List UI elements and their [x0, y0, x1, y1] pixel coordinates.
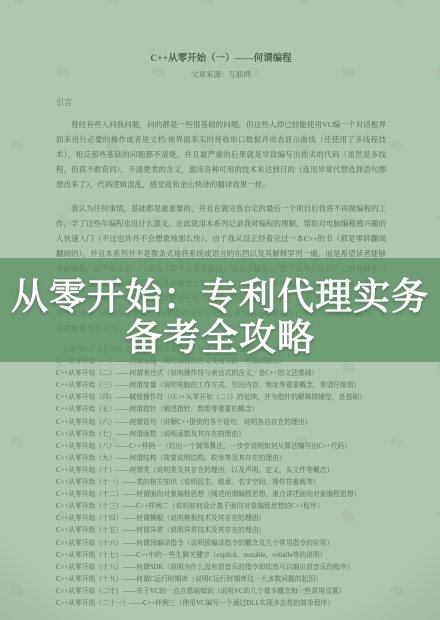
- list-item: C++从零开始（十八）——何谓SDK（说明为什么没有放音乐的指令却依然可以编出放…: [56, 562, 386, 574]
- list-item: C++从零开始（十四）——何谓模板（说明模板技术及其存在的理由）: [56, 513, 386, 525]
- watermark-stamp-icon: ✎: [288, 0, 314, 15]
- list-item: C++从零开始（十）——何谓类（说明类及其存在的理由，以及声明、定义、头文件等概…: [56, 465, 386, 477]
- list-item: C++从零开始（二十一）——C++样例三（使用VC编写一个通过DLL实现多态性的…: [56, 598, 386, 610]
- article-title: C++从零开始（一）——何谓编程: [56, 50, 386, 64]
- list-item: C++从零开始（十六）——何谓预编译指令（说明预编译指令的概念及几个常用指令的应…: [56, 538, 386, 550]
- watermark-stamp-icon: ✎: [3, 0, 29, 15]
- list-item: C++从零开始（十一）——类的相关知识（说明派生、继承、名字空间、操作符重载等）: [56, 477, 386, 489]
- watermark-stamp-icon: ✎: [3, 133, 29, 162]
- screenshot-root: ✎✎✎✎✎✎✎✎✎✎✎✎✎✎✎✎✎✎✎✎✎✎✎✎✎✎✎✎✎✎✎✎✎✎✎✎✎✎✎✎…: [0, 0, 440, 620]
- watermark-stamp-icon: ✎: [429, 503, 440, 532]
- list-item: C++从零开始（四）——赋值操作符（《C++从零开始（二）》的延续，并为指针的解…: [56, 392, 386, 404]
- paragraph: 曾经有些人问我问题，问的都是一些很基础的问题，但这些人却已经能使用VC编一个对话…: [56, 117, 386, 192]
- hero-title-line1: 从零开始：专利代理实务: [0, 276, 440, 317]
- list-item: C++从零开始（八）——C++样例一（给出一个简单算法，一步步说明如何从算法编写…: [56, 441, 386, 453]
- article-list: 下面列出了本系列各文章的标题和主要内容，以便于读者有选择性地阅读。 C++从零开…: [56, 344, 386, 610]
- list-item: C++从零开始（二十）——关于VC的一点点基础知识（说明VC的几个基本概念和一些…: [56, 586, 386, 598]
- watermark-stamp-icon: ✎: [383, 133, 409, 162]
- watermark-stamp-icon: ✎: [383, 577, 409, 606]
- list-item: C++从零开始（十七）——C++中的一些生僻关键字（explicit、mutab…: [56, 550, 386, 562]
- hero-title-line2: 备考全攻略: [0, 317, 440, 358]
- list-item: C++从零开始（二）——何谓表达式（说明操作符与表达式的含义，是C++的文法基础…: [56, 368, 386, 380]
- watermark-stamp-icon: ✎: [193, 0, 219, 15]
- list-item: C++从零开始（十二）——何谓面向对象编程思想（阐述何谓编程思想，重点讲述面向对…: [56, 489, 386, 501]
- watermark-stamp-icon: ✎: [98, 0, 124, 15]
- watermark-stamp-icon: ✎: [3, 429, 29, 458]
- watermark-stamp-icon: ✎: [383, 429, 409, 458]
- watermark-stamp-icon: ✎: [429, 207, 440, 236]
- list-item: C++从零开始（七）——何谓函数（说明函数及其存在的理由）: [56, 429, 386, 441]
- watermark-stamp-icon: ✎: [429, 59, 440, 88]
- watermark-stamp-icon: ✎: [3, 577, 29, 606]
- list-item: C++从零开始（十五）——何谓异常（说明异常技术及其存在的理由）: [56, 525, 386, 537]
- section-heading: 引言: [56, 97, 386, 108]
- list-item: C++从零开始（九）——何谓结构（简要说明结构、枚举等及其存在的理由）: [56, 453, 386, 465]
- article-source: 文章来源：互联网: [56, 69, 386, 80]
- list-item: C++从零开始（十三）——C++样例二（说明如何设计基于面向对象编程思想的C++…: [56, 501, 386, 513]
- list-item: C++从零开始（六）——何谓语句（讲解C++提供的各个语句，说明各自存在的理由）: [56, 417, 386, 429]
- watermark-stamp-icon: ✎: [383, 0, 409, 15]
- list-item: C++从零开始（三）——何谓变量（说明电脑的工作方式，引出内存、地址等重要概念，…: [56, 380, 386, 392]
- hero-banner-title: 从零开始：专利代理实务 备考全攻略: [0, 276, 440, 358]
- list-item: C++从零开始（十九）——何谓C运行时期库（说明C运行时期库这一大多数问题的起因…: [56, 574, 386, 586]
- list-item: C++从零开始（五）——何谓指针（阐述指针、数组等重要的概念）: [56, 404, 386, 416]
